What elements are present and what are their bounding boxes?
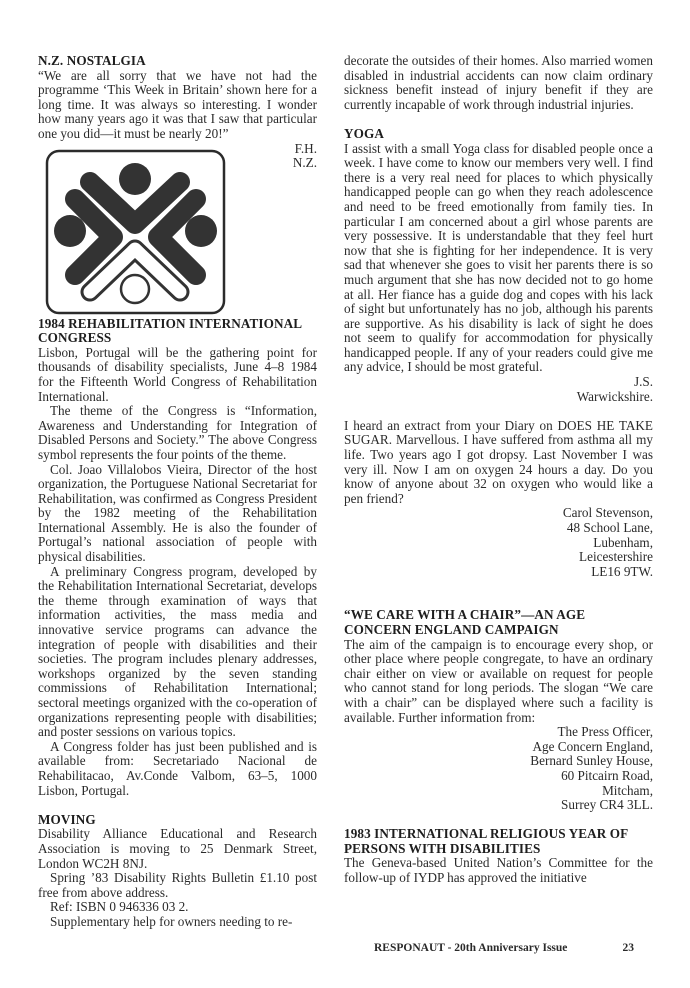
right-column: decorate the outsides of their homes. Al…	[344, 54, 653, 886]
congress-symbol-icon	[45, 149, 226, 315]
article-body: The Geneva-based United Nation’s Committ…	[344, 856, 653, 885]
page-footer: RESPONAUT - 20th Anniversary Issue 23	[374, 942, 634, 954]
article-paragraph: Supplementary help for owners needing to…	[38, 915, 317, 930]
signature-line: J.S.	[344, 375, 653, 390]
article-heading: N.Z. NOSTALGIA	[38, 54, 317, 69]
left-column: N.Z. NOSTALGIA “We are all sorry that we…	[38, 54, 317, 930]
article-heading: “WE CARE WITH A CHAIR”—AN AGE CONCERN EN…	[344, 608, 653, 637]
address-line: Age Concern England,	[344, 740, 653, 755]
signature: J.S. Warwickshire.	[344, 375, 653, 404]
signature: F.H. N.Z.	[293, 142, 317, 171]
logo-row: F.H. N.Z.	[38, 142, 317, 317]
article-heading: YOGA	[344, 127, 653, 142]
article-religious-year: 1983 INTERNATIONAL RELIGIOUS YEAR OF PER…	[344, 827, 653, 885]
article-paragraph: A preliminary Congress program, develope…	[38, 565, 317, 740]
signature-line: 48 School Lane,	[344, 521, 653, 536]
signature-line: Carol Stevenson,	[344, 506, 653, 521]
signature-line: N.Z.	[293, 156, 317, 171]
article-chair-campaign: “WE CARE WITH A CHAIR”—AN AGE CONCERN EN…	[344, 608, 653, 812]
address-line: Surrey CR4 3LL.	[344, 798, 653, 813]
article-body: I assist with a small Yoga class for dis…	[344, 142, 653, 376]
article-paragraph: Spring ’83 Disability Rights Bulletin £1…	[38, 871, 317, 900]
article-moving: MOVING Disability Alliance Educational a…	[38, 813, 317, 930]
address-line: Bernard Sunley House,	[344, 754, 653, 769]
article-yoga: YOGA I assist with a small Yoga class fo…	[344, 127, 653, 404]
signature-line: F.H.	[293, 142, 317, 157]
signature: Carol Stevenson, 48 School Lane, Lubenha…	[344, 506, 653, 579]
publication-title: RESPONAUT - 20th Anniversary Issue	[374, 942, 567, 954]
continued-text: decorate the outsides of their homes. Al…	[344, 54, 653, 112]
page-number: 23	[623, 942, 635, 954]
address-line: Mitcham,	[344, 784, 653, 799]
article-paragraph: Lisbon, Portugal will be the gathering p…	[38, 346, 317, 404]
signature-line: LE16 9TW.	[344, 565, 653, 580]
article-heading: MOVING	[38, 813, 317, 828]
signature-line: Lubenham,	[344, 536, 653, 551]
article-rehabilitation-congress: 1984 REHABILITATION INTERNATIONAL CONGRE…	[38, 317, 317, 799]
address-block: The Press Officer, Age Concern England, …	[344, 725, 653, 813]
article-nz-nostalgia: N.Z. NOSTALGIA “We are all sorry that we…	[38, 54, 317, 142]
article-heading: 1984 REHABILITATION INTERNATIONAL CONGRE…	[38, 317, 317, 346]
article-body: “We are all sorry that we have not had t…	[38, 69, 317, 142]
letter-body: I heard an extract from your Diary on DO…	[344, 419, 653, 507]
address-line: 60 Pitcairn Road,	[344, 769, 653, 784]
article-body: The aim of the campaign is to encourage …	[344, 638, 653, 726]
article-heading: 1983 INTERNATIONAL RELIGIOUS YEAR OF PER…	[344, 827, 653, 856]
article-paragraph: Ref: ISBN 0 946336 03 2.	[38, 900, 317, 915]
article-paragraph: The theme of the Congress is “Informatio…	[38, 404, 317, 462]
address-line: The Press Officer,	[344, 725, 653, 740]
letter-pen-friend: I heard an extract from your Diary on DO…	[344, 419, 653, 580]
article-paragraph: Col. Joao Villalobos Vieira, Director of…	[38, 463, 317, 565]
article-paragraph: A Congress folder has just been publishe…	[38, 740, 317, 798]
signature-line: Warwickshire.	[344, 390, 653, 405]
signature-line: Leicestershire	[344, 550, 653, 565]
article-paragraph: Disability Alliance Educational and Rese…	[38, 827, 317, 871]
